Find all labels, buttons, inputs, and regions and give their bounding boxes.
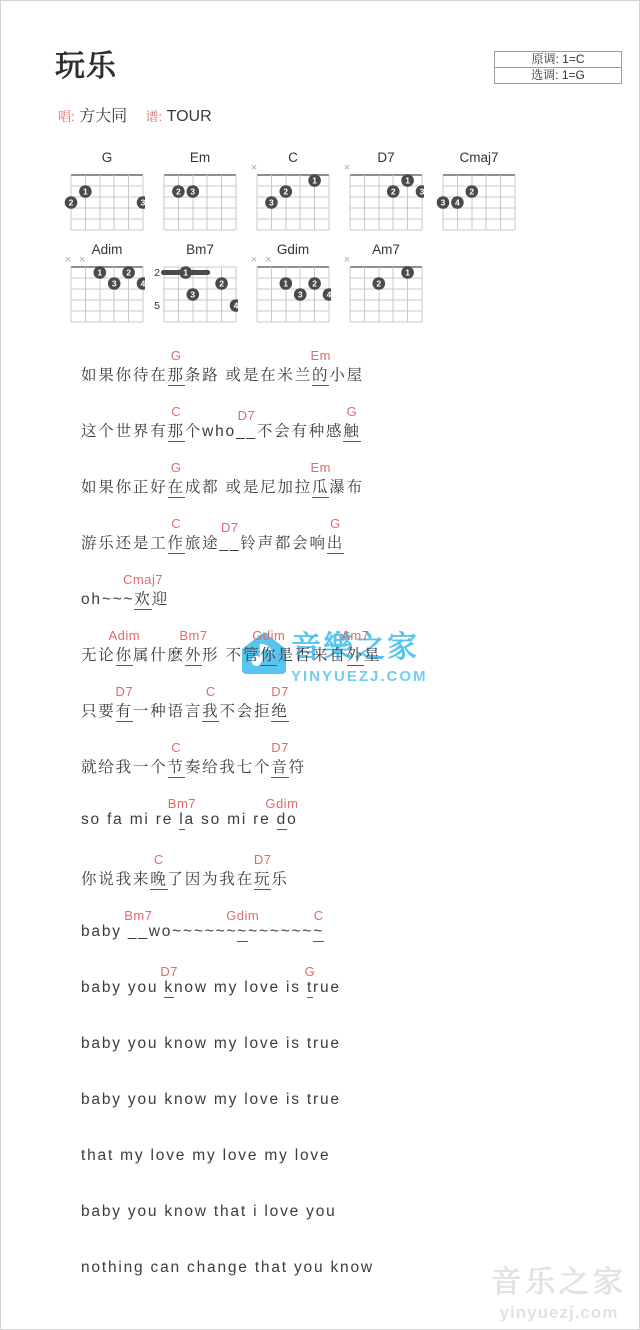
lyric-line-15: that my love my love my love — [81, 1134, 639, 1190]
lyrics: 如果你待在G那条路 或是在米兰Em的小屋这个世界有C那个whoD7__不会有种感… — [81, 350, 639, 1302]
credit-value-tabber: TOUR — [167, 108, 212, 125]
lyric-segment: D7k — [164, 979, 174, 998]
svg-text:3: 3 — [441, 198, 446, 208]
chord-label: Gdim — [226, 908, 259, 923]
chord-label: Em — [310, 348, 331, 363]
svg-text:4: 4 — [327, 290, 331, 300]
lyric-line-1: 如果你待在G那条路 或是在米兰Em的小屋 — [81, 350, 639, 406]
key-selected: 选调: 1=G — [495, 68, 621, 83]
svg-text:2: 2 — [176, 187, 181, 197]
chord-diagram-G: G123 — [57, 148, 145, 234]
lyric-segment: 铃声都会响 — [240, 531, 327, 553]
svg-text:2: 2 — [391, 187, 396, 197]
chord-diagram-title: Gdim — [277, 242, 309, 257]
lyric-segment: C我 — [202, 699, 219, 722]
chord-row-1: G123Em23C×123D7×123Cmaj7234 — [57, 148, 639, 234]
lyric-segment: 只要 — [81, 699, 116, 721]
svg-text:3: 3 — [190, 187, 195, 197]
svg-text:4: 4 — [141, 279, 145, 289]
svg-text:3: 3 — [269, 198, 274, 208]
chord-diagram-title: Bm7 — [186, 242, 214, 257]
lyric-segment: D7__ — [236, 423, 257, 441]
lyric-segment: 小屋 — [329, 363, 364, 385]
lyric-segment: 不会有种感 — [257, 419, 344, 441]
lyric-segment: Gdimd — [277, 811, 287, 830]
svg-text:3: 3 — [298, 290, 303, 300]
lyric-segment: ~~~~~~ — [248, 923, 313, 941]
lyric-segment: baby you know that i love you — [81, 1203, 337, 1221]
lyric-line-9: so fa mi re Bm7la so mi re Gdimdo — [81, 798, 639, 854]
muted-string-x-icon: × — [265, 254, 271, 266]
lyric-segment: 属什麽 — [133, 643, 185, 665]
fret-number-label: 5 — [154, 300, 160, 312]
credit-label-singer: 唱: — [58, 109, 75, 124]
lyric-segment: o — [287, 811, 297, 829]
chord-label: C — [171, 516, 181, 531]
chord-label: Cmaj7 — [123, 572, 163, 587]
muted-string-x-icon: × — [79, 254, 85, 266]
lyric-segment: Cmaj7欢 — [134, 587, 151, 610]
credit-label-tabber: 谱: — [146, 109, 163, 124]
chord-diagram-Bm7: Bm7251234 — [150, 240, 238, 326]
lyric-segment: 如果你正好 — [81, 475, 168, 497]
lyric-segment: D7玩 — [254, 867, 271, 890]
svg-text:1: 1 — [97, 268, 102, 278]
chord-label: D7 — [238, 408, 256, 423]
lyric-line-2: 这个世界有C那个whoD7__不会有种感G触 — [81, 406, 639, 462]
lyric-segment: 旅途 — [185, 531, 220, 553]
lyric-segment: baby you — [81, 979, 164, 997]
svg-text:2: 2 — [283, 187, 288, 197]
lyric-segment: 游乐还是工 — [81, 531, 168, 553]
lyric-segment: 符 — [289, 755, 306, 777]
lyric-segment: 条路 或是在米兰 — [185, 363, 312, 385]
chord-label: Em — [310, 460, 331, 475]
svg-text:1: 1 — [83, 187, 88, 197]
chord-label: C — [206, 684, 216, 699]
lyric-segment: 这个世界有 — [81, 419, 168, 441]
chord-label: D7 — [271, 740, 289, 755]
lyric-segment: D7音 — [271, 755, 288, 778]
lyric-segment: D7__ — [219, 535, 240, 553]
lyric-segment: baby you know my love is true — [81, 1091, 341, 1109]
lyric-segment: oh~~~ — [81, 591, 134, 609]
lyric-segment: G在 — [168, 475, 185, 498]
page: 原调: 1=C 选调: 1=G 玩乐 唱: 方大同 谱: TOUR G123Em… — [0, 0, 640, 1330]
chord-diagram-title: G — [102, 150, 113, 165]
lyric-line-4: 游乐还是工C作旅途D7__铃声都会响G出 — [81, 518, 639, 574]
svg-text:2: 2 — [469, 187, 474, 197]
lyric-segment: so fa mi re — [81, 811, 179, 829]
lyric-segment: a so mi re — [185, 811, 277, 829]
chord-label: D7 — [160, 964, 178, 979]
lyric-segment: 不会拒 — [219, 699, 271, 721]
lyric-segment: D7绝 — [271, 699, 288, 722]
chord-label: Bm7 — [124, 908, 152, 923]
chord-label: Am7 — [341, 628, 369, 643]
svg-text:3: 3 — [141, 198, 145, 208]
chord-label: Gdim — [252, 628, 285, 643]
chord-diagram-Am7: Am7×12 — [336, 240, 424, 326]
chord-label: G — [347, 404, 358, 419]
chord-label: C — [314, 908, 324, 923]
lyric-segment: nothing can change that you know — [81, 1259, 374, 1277]
svg-text:3: 3 — [112, 279, 117, 289]
lyric-line-11: baby Bm7__wo~~~~~~Gdim~~~~~~~C~ — [81, 910, 639, 966]
chord-label: D7 — [221, 520, 239, 535]
lyric-segment: 个who — [185, 419, 236, 441]
lyric-line-17: nothing can change that you know — [81, 1246, 639, 1302]
svg-text:1: 1 — [405, 176, 410, 186]
lyric-segment: 一种语言 — [133, 699, 202, 721]
lyric-segment: G那 — [168, 363, 185, 386]
chord-diagram-title: D7 — [377, 150, 394, 165]
lyric-line-14: baby you know my love is true — [81, 1078, 639, 1134]
lyric-segment: wo~~~~~~ — [149, 923, 238, 941]
lyric-segment: 是否来自 — [277, 643, 346, 665]
lyric-line-8: 就给我一个C节奏给我七个D7音符 — [81, 742, 639, 798]
chord-label: Gdim — [265, 796, 298, 811]
lyric-line-13: baby you know my love is true — [81, 1022, 639, 1078]
chord-diagram-title: Em — [190, 150, 210, 165]
fret-number-label: 2 — [154, 267, 160, 279]
lyric-segment: 形 不管 — [202, 643, 260, 665]
lyric-segment: Am7外 — [347, 643, 364, 666]
lyric-segment: Em的 — [312, 363, 329, 386]
lyric-segment: C晚 — [150, 867, 167, 890]
chord-diagram-D7: D7×123 — [336, 148, 424, 234]
lyric-line-10: 你说我来C晚了因为我在D7玩乐 — [81, 854, 639, 910]
muted-string-x-icon: × — [251, 254, 257, 266]
chord-diagram-Gdim: Gdim××1234 — [243, 240, 331, 326]
chord-diagram-Em: Em23 — [150, 148, 238, 234]
lyric-segment: 你说我来 — [81, 867, 150, 889]
chord-label: C — [171, 740, 181, 755]
svg-text:2: 2 — [126, 268, 131, 278]
lyric-segment: 乐 — [271, 867, 288, 889]
watermark-corner-site: yinyuezj.com — [491, 1303, 627, 1323]
chord-label: G — [305, 964, 316, 979]
lyric-segment: C那 — [168, 419, 185, 442]
chord-diagrams: G123Em23C×123D7×123Cmaj7234 Adim××1234Bm… — [57, 148, 639, 326]
svg-text:3: 3 — [420, 187, 424, 197]
chord-label: G — [171, 460, 182, 475]
chord-diagram-title: Adim — [92, 242, 123, 257]
chord-label: G — [330, 516, 341, 531]
muted-string-x-icon: × — [65, 254, 71, 266]
lyric-segment: D7有 — [116, 699, 133, 722]
lyric-segment: 无论 — [81, 643, 116, 665]
credit-value-singer: 方大同 — [79, 108, 127, 125]
lyric-segment: Gdim你 — [260, 643, 277, 666]
chord-label: Bm7 — [179, 628, 207, 643]
key-original: 原调: 1=C — [495, 52, 621, 68]
lyric-segment: G出 — [327, 531, 344, 554]
svg-text:2: 2 — [376, 279, 381, 289]
chord-label: Adim — [108, 628, 140, 643]
credits: 唱: 方大同 谱: TOUR — [58, 103, 639, 126]
chord-diagram-C: C×123 — [243, 148, 331, 234]
chord-label: G — [171, 348, 182, 363]
lyric-segment: Gdim~ — [237, 923, 248, 942]
lyric-line-3: 如果你正好G在成都 或是尼加拉Em瓜瀑布 — [81, 462, 639, 518]
lyric-line-16: baby you know that i love you — [81, 1190, 639, 1246]
lyric-segment: baby — [81, 923, 128, 941]
chord-row-2: Adim××1234Bm7251234Gdim××1234Am7×12 — [57, 240, 639, 326]
svg-text:4: 4 — [455, 198, 460, 208]
lyric-segment: C作 — [168, 531, 185, 554]
lyric-line-6: 无论Adim你属什麽Bm7外形 不管Gdim你是否来自Am7外星 — [81, 630, 639, 686]
chord-label: Bm7 — [168, 796, 196, 811]
svg-text:1: 1 — [183, 268, 188, 278]
lyric-segment: Em瓜 — [312, 475, 329, 498]
lyric-segment: Bm7外 — [185, 643, 202, 666]
chord-diagram-Adim: Adim××1234 — [57, 240, 145, 326]
chord-diagram-title: Cmaj7 — [459, 150, 498, 165]
lyric-segment: 了因为我在 — [168, 867, 255, 889]
svg-text:3: 3 — [190, 290, 195, 300]
muted-string-x-icon: × — [251, 162, 257, 174]
lyric-segment: baby you know my love is true — [81, 1035, 341, 1053]
svg-text:4: 4 — [234, 301, 238, 311]
lyric-segment: 瀑布 — [329, 475, 364, 497]
lyric-segment: G触 — [343, 419, 360, 442]
lyric-line-12: baby you D7know my love is Gtrue — [81, 966, 639, 1022]
lyric-segment: Bm7__ — [128, 923, 149, 941]
muted-string-x-icon: × — [344, 254, 350, 266]
chord-label: D7 — [254, 852, 272, 867]
svg-text:2: 2 — [312, 279, 317, 289]
lyric-line-7: 只要D7有一种语言C我不会拒D7绝 — [81, 686, 639, 742]
lyric-segment: 迎 — [152, 587, 169, 609]
chord-diagram-title: C — [288, 150, 298, 165]
lyric-segment: now my love is — [174, 979, 307, 997]
lyric-segment: 就给我一个 — [81, 755, 168, 777]
chord-diagram-Cmaj7: Cmaj7234 — [429, 148, 517, 234]
muted-string-x-icon: × — [344, 162, 350, 174]
lyric-segment: C~ — [313, 923, 324, 942]
lyric-segment: 成都 或是尼加拉 — [185, 475, 312, 497]
svg-text:1: 1 — [312, 176, 317, 186]
key-box: 原调: 1=C 选调: 1=G — [494, 51, 622, 84]
svg-text:1: 1 — [283, 279, 288, 289]
lyric-segment: 星 — [364, 643, 381, 665]
chord-label: C — [154, 852, 164, 867]
lyric-segment: rue — [313, 979, 341, 997]
svg-text:1: 1 — [405, 268, 410, 278]
lyric-segment: 奏给我七个 — [185, 755, 272, 777]
chord-label: D7 — [115, 684, 133, 699]
lyric-segment: Adim你 — [116, 643, 133, 666]
chord-diagram-title: Am7 — [372, 242, 400, 257]
svg-text:2: 2 — [219, 279, 224, 289]
chord-label: C — [171, 404, 181, 419]
lyric-segment: that my love my love my love — [81, 1147, 330, 1165]
svg-text:2: 2 — [69, 198, 74, 208]
lyric-line-5: oh~~~Cmaj7欢迎 — [81, 574, 639, 630]
chord-label: D7 — [271, 684, 289, 699]
lyric-segment: 如果你待在 — [81, 363, 168, 385]
lyric-segment: C节 — [168, 755, 185, 778]
